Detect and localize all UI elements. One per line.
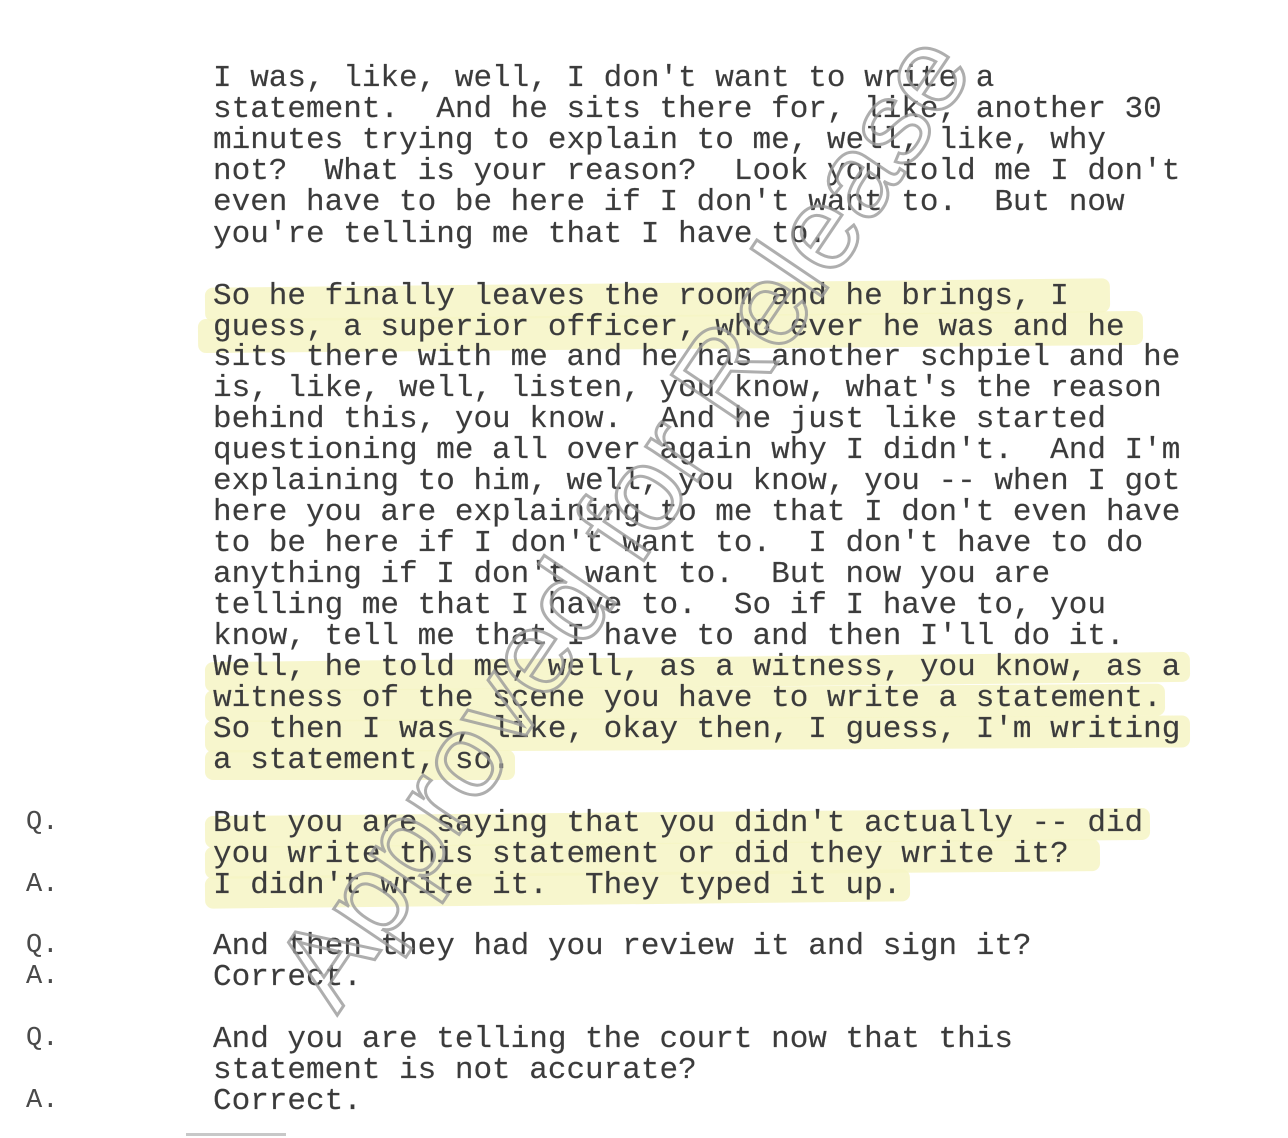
answer-label: A. <box>26 1086 58 1117</box>
question-text: And then they had you review it and sign… <box>213 931 1032 962</box>
text-line: even have to be here if I don't want to.… <box>213 187 1125 218</box>
question-text: And you are telling the court now that t… <box>213 1024 1013 1055</box>
text-line: explaining to him, well, you know, you -… <box>213 466 1180 497</box>
text-line: behind this, you know. And he just like … <box>213 404 1106 435</box>
text-line: not? What is your reason? Look you told … <box>213 156 1180 187</box>
text-line: minutes trying to explain to me, well, l… <box>213 125 1106 156</box>
text-line: you're telling me that I have to. <box>213 219 827 250</box>
text-line: Well, he told me, well, as a witness, yo… <box>213 652 1180 683</box>
text-line: sits there with me and he has another sc… <box>213 342 1180 373</box>
answer-label: A. <box>26 870 58 901</box>
text-line: a statement, so. <box>213 745 511 776</box>
text-line: telling me that I have to. So if I have … <box>213 590 1106 621</box>
text-line: here you are explaining to me that I don… <box>213 497 1180 528</box>
question-text: you write this statement or did they wri… <box>213 839 1069 870</box>
question-label: Q. <box>26 931 58 962</box>
text-line: statement. And he sits there for, like, … <box>213 94 1162 125</box>
text-line: I was, like, well, I don't want to write… <box>213 63 994 94</box>
answer-text: Correct. <box>213 1086 362 1117</box>
text-line: questioning me all over again why I didn… <box>213 435 1180 466</box>
text-line: to be here if I don't want to. I don't h… <box>213 528 1143 559</box>
question-label: Q. <box>26 1024 58 1055</box>
answer-label: A. <box>26 962 58 993</box>
question-label: Q. <box>26 808 58 839</box>
answer-text: I didn't write it. They typed it up. <box>213 870 901 901</box>
question-text: statement is not accurate? <box>213 1055 697 1086</box>
answer-text: Correct. <box>213 962 362 993</box>
scan-artifact <box>186 1133 286 1136</box>
text-line: know, tell me that I have to and then I'… <box>213 621 1125 652</box>
text-line: guess, a superior officer, who ever he w… <box>213 312 1125 343</box>
text-line: So then I was, like, okay then, I guess,… <box>213 714 1180 745</box>
text-line: witness of the scene you have to write a… <box>213 683 1162 714</box>
transcript-page: I was, like, well, I don't want to write… <box>0 0 1288 1138</box>
text-line: anything if I don't want to. But now you… <box>213 559 1050 590</box>
text-line: is, like, well, listen, you know, what's… <box>213 373 1162 404</box>
question-text: But you are saying that you didn't actua… <box>213 808 1143 839</box>
text-line: So he finally leaves the room and he bri… <box>213 281 1069 312</box>
